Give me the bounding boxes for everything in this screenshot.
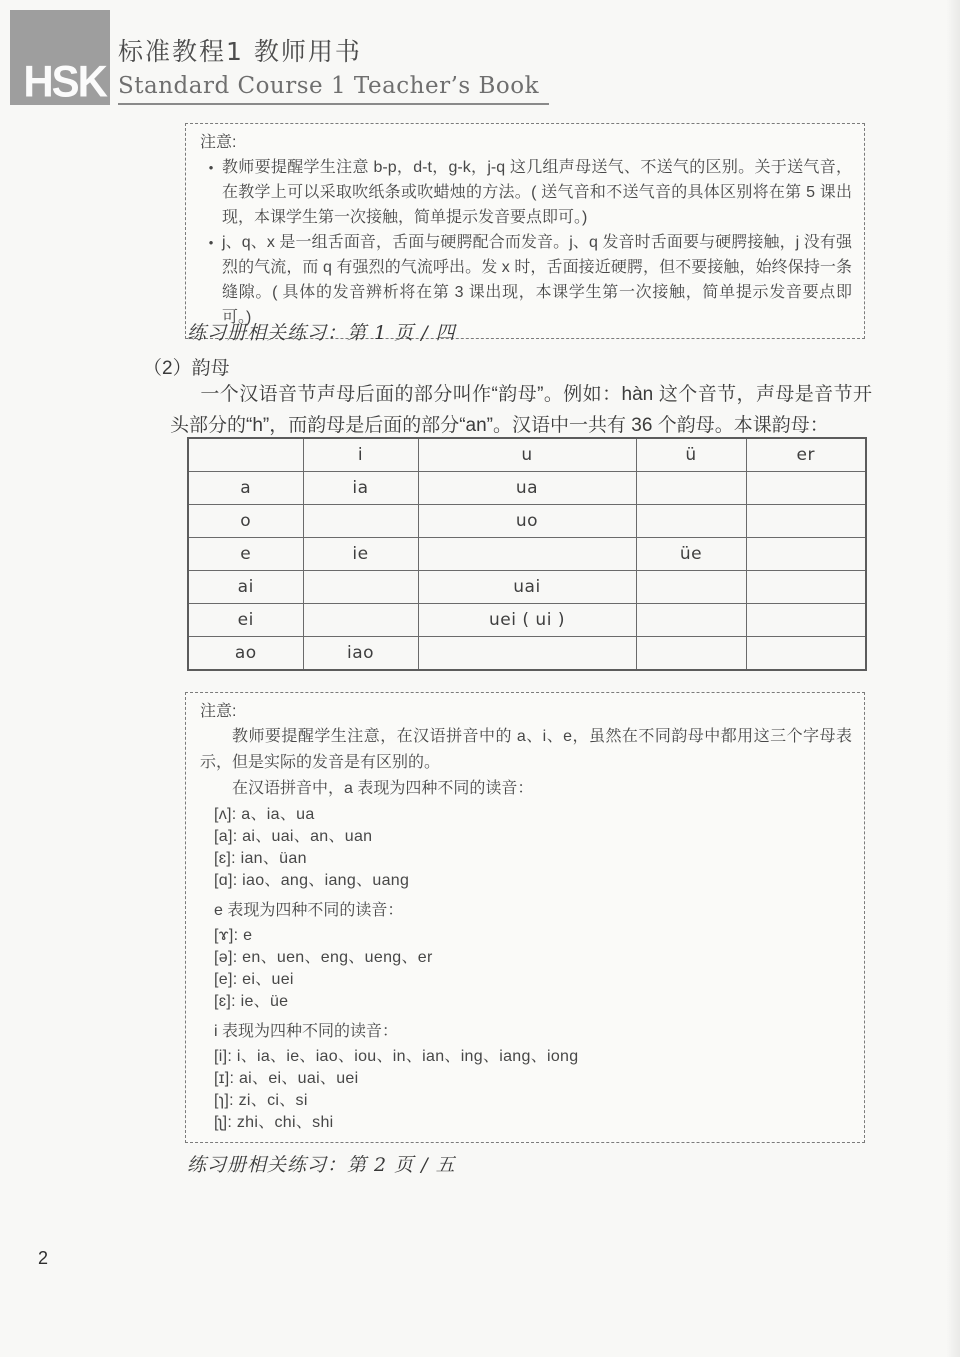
finals-cell: a — [188, 472, 303, 505]
note-paragraph: 教师要提醒学生注意，在汉语拼音中的 a、i、e，虽然在不同韵母中都用这三个字母表… — [200, 724, 852, 776]
book-title-zh: 标准教程1 教师用书 — [118, 32, 549, 68]
finals-table-wrapper: i u ü er a ia ua o uo e ie — [187, 437, 867, 671]
finals-cell — [746, 637, 866, 671]
finals-cell: uai — [418, 571, 636, 604]
book-page: HSK 标准教程1 教师用书 Standard Course 1 Teacher… — [0, 0, 960, 1357]
reading-line: [ɛ]: ie、üe — [214, 991, 852, 1013]
finals-header-row: i u ü er — [188, 438, 866, 472]
reading-line: [ʌ]: a、ia、ua — [214, 804, 852, 826]
finals-row: e ie üe — [188, 538, 866, 571]
finals-cell — [636, 637, 746, 671]
note-paragraph: 在汉语拼音中，a 表现为四种不同的读音： — [200, 776, 852, 802]
finals-cell — [303, 505, 418, 538]
section-heading-finals: （2）韵母 — [143, 353, 230, 380]
reading-line: [ɤ]: e — [214, 925, 852, 947]
finals-cell — [746, 571, 866, 604]
finals-cell — [746, 472, 866, 505]
finals-cell: üe — [636, 538, 746, 571]
finals-cell — [636, 472, 746, 505]
finals-header-cell: ü — [636, 438, 746, 472]
finals-cell — [636, 505, 746, 538]
note-bullet-text: j、q、x 是一组舌面音，舌面与硬腭配合而发音。j、q 发音时舌面要与硬腭接触，… — [222, 230, 852, 330]
section-paragraph: 一个汉语音节声母后面的部分叫作“韵母”。例如：hàn 这个音节，声母是音节开头部… — [170, 379, 872, 441]
finals-header-cell: er — [746, 438, 866, 472]
finals-row: o uo — [188, 505, 866, 538]
workbook-exercise-ref-1: 练习册相关练习：第 1 页 / 四 — [187, 318, 456, 345]
finals-cell: uo — [418, 505, 636, 538]
finals-cell: ai — [188, 571, 303, 604]
finals-cell: ao — [188, 637, 303, 671]
hsk-logo: HSK — [10, 10, 110, 105]
hsk-logo-text: HSK — [23, 60, 106, 104]
finals-cell — [636, 571, 746, 604]
reading-line: [ɪ]: ai、ei、uai、uei — [214, 1068, 852, 1090]
reading-line: [i]: i、ia、ie、iao、iou、in、ian、ing、iang、ion… — [214, 1046, 852, 1068]
finals-header-cell — [188, 438, 303, 472]
finals-table: i u ü er a ia ua o uo e ie — [187, 437, 867, 671]
a-readings-block: [ʌ]: a、ia、ua [a]: ai、uai、an、uan [ɛ]: ian… — [200, 804, 852, 892]
finals-header-cell: i — [303, 438, 418, 472]
finals-cell — [746, 538, 866, 571]
reading-line: [a]: ai、uai、an、uan — [214, 826, 852, 848]
e-readings-block: [ɤ]: e [ə]: en、uen、eng、ueng、er [e]: ei、u… — [200, 925, 852, 1013]
finals-row: ei uei ( ui ) — [188, 604, 866, 637]
note-label: 注意: — [200, 700, 852, 724]
finals-cell: e — [188, 538, 303, 571]
finals-cell — [418, 538, 636, 571]
finals-cell: ua — [418, 472, 636, 505]
scan-edge-shadow — [946, 0, 960, 1357]
i-readings-block: [i]: i、ia、ie、iao、iou、in、ian、ing、iang、ion… — [200, 1046, 852, 1134]
e-readings-heading: e 表现为四种不同的读音： — [214, 900, 852, 922]
finals-cell: ia — [303, 472, 418, 505]
workbook-exercise-ref-2: 练习册相关练习：第 2 页 / 五 — [187, 1150, 456, 1177]
finals-cell: ie — [303, 538, 418, 571]
finals-row: ai uai — [188, 571, 866, 604]
i-readings-heading: i 表现为四种不同的读音： — [214, 1021, 852, 1043]
finals-cell: o — [188, 505, 303, 538]
finals-row: a ia ua — [188, 472, 866, 505]
reading-line: [ʅ]: zhi、chi、shi — [214, 1112, 852, 1134]
note-box-vowel-readings: 注意: 教师要提醒学生注意，在汉语拼音中的 a、i、e，虽然在不同韵母中都用这三… — [185, 692, 865, 1143]
note-bullet: • 教师要提醒学生注意 b-p，d-t，g-k，j-q 这几组声母送气、不送气的… — [200, 155, 852, 230]
note-bullet: • j、q、x 是一组舌面音，舌面与硬腭配合而发音。j、q 发音时舌面要与硬腭接… — [200, 230, 852, 330]
bullet-icon: • — [200, 155, 222, 230]
finals-cell — [636, 604, 746, 637]
reading-line: [e]: ei、uei — [214, 969, 852, 991]
finals-cell: uei ( ui ) — [418, 604, 636, 637]
finals-cell — [746, 505, 866, 538]
page-number: 2 — [38, 1248, 48, 1269]
note-box-initials: 注意: • 教师要提醒学生注意 b-p，d-t，g-k，j-q 这几组声母送气、… — [185, 123, 865, 339]
finals-cell — [303, 571, 418, 604]
reading-line: [ɛ]: ian、üan — [214, 848, 852, 870]
finals-header-cell: u — [418, 438, 636, 472]
finals-cell — [746, 604, 866, 637]
finals-cell — [418, 637, 636, 671]
finals-cell: ei — [188, 604, 303, 637]
page-header: HSK 标准教程1 教师用书 Standard Course 1 Teacher… — [10, 10, 549, 105]
finals-cell: iao — [303, 637, 418, 671]
finals-row: ao iao — [188, 637, 866, 671]
bullet-icon: • — [200, 230, 222, 330]
reading-line: [ɿ]: zi、ci、si — [214, 1090, 852, 1112]
reading-line: [ɑ]: iao、ang、iang、uang — [214, 870, 852, 892]
finals-cell — [303, 604, 418, 637]
note-bullet-text: 教师要提醒学生注意 b-p，d-t，g-k，j-q 这几组声母送气、不送气的区别… — [222, 155, 852, 230]
reading-line: [ə]: en、uen、eng、ueng、er — [214, 947, 852, 969]
book-titles: 标准教程1 教师用书 Standard Course 1 Teacher’s B… — [118, 10, 549, 105]
note-label: 注意: — [200, 131, 852, 155]
book-title-en: Standard Course 1 Teacher’s Book — [118, 70, 549, 105]
